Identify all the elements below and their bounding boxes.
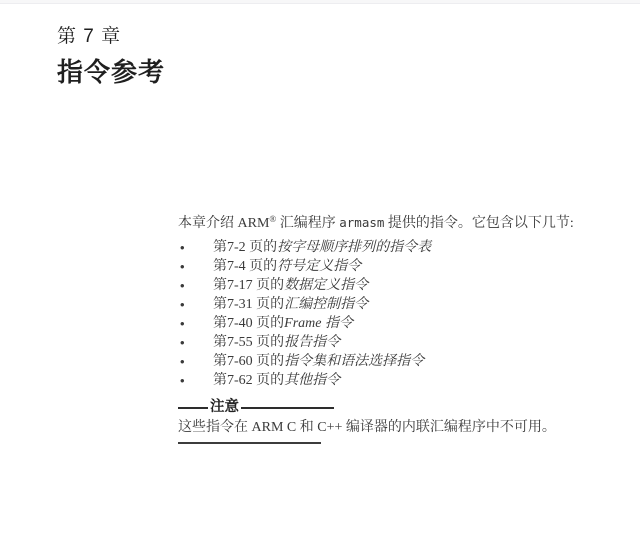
note-rule-right bbox=[241, 407, 334, 409]
list-item: • 第7-2 页的按字母顺序排列的指令表 bbox=[178, 238, 618, 257]
bullet-icon: • bbox=[178, 352, 213, 371]
list-item: • 第7-62 页的其他指令 bbox=[178, 371, 618, 390]
document-page: 第 7 章 指令参考 本章介绍 ARM® 汇编程序 armasm 提供的指令。它… bbox=[0, 0, 640, 539]
list-item: • 第7-40 页的Frame 指令 bbox=[178, 314, 618, 333]
section-title: 符号定义指令 bbox=[277, 259, 361, 274]
intro-tail: 提供的指令。它包含以下几节: bbox=[384, 216, 573, 231]
note-rule-left bbox=[178, 407, 208, 409]
list-item: • 第7-4 页的符号定义指令 bbox=[178, 257, 618, 276]
page-ref: 第7-2 页的 bbox=[213, 240, 277, 255]
bullet-icon: • bbox=[178, 314, 213, 333]
list-item-text: 第7-62 页的其他指令 bbox=[213, 371, 340, 390]
list-item-text: 第7-60 页的指令集和语法选择指令 bbox=[213, 352, 424, 371]
section-title: 报告指令 bbox=[284, 335, 340, 350]
note-block: 注意 这些指令在 ARM C 和 C++ 编译器的内联汇编程序中不可用。 bbox=[178, 400, 618, 444]
page-top-edge bbox=[0, 0, 640, 4]
list-item-text: 第7-2 页的按字母顺序排列的指令表 bbox=[213, 238, 431, 257]
list-item-text: 第7-31 页的汇编控制指令 bbox=[213, 295, 368, 314]
chapter-content: 本章介绍 ARM® 汇编程序 armasm 提供的指令。它包含以下几节: • 第… bbox=[178, 213, 618, 444]
page-ref: 第7-17 页的 bbox=[213, 278, 284, 293]
list-item-text: 第7-4 页的符号定义指令 bbox=[213, 257, 361, 276]
list-item: • 第7-31 页的汇编控制指令 bbox=[178, 295, 618, 314]
bullet-icon: • bbox=[178, 276, 213, 295]
list-item: • 第7-55 页的报告指令 bbox=[178, 333, 618, 352]
note-label: 注意 bbox=[208, 400, 241, 415]
section-title: 汇编控制指令 bbox=[284, 297, 368, 312]
registered-trademark-mark: ® bbox=[269, 214, 276, 224]
chapter-title: 指令参考 bbox=[57, 59, 640, 85]
intro-mid: 汇编程序 bbox=[276, 216, 339, 231]
armasm-code-text: armasm bbox=[339, 215, 384, 230]
bullet-icon: • bbox=[178, 295, 213, 314]
page-ref: 第7-62 页的 bbox=[213, 373, 284, 388]
note-text: 这些指令在 ARM C 和 C++ 编译器的内联汇编程序中不可用。 bbox=[178, 418, 618, 437]
page-ref: 第7-4 页的 bbox=[213, 259, 277, 274]
bullet-icon: • bbox=[178, 333, 213, 352]
note-header: 注意 bbox=[178, 400, 618, 415]
list-item: • 第7-60 页的指令集和语法选择指令 bbox=[178, 352, 618, 371]
page-ref: 第7-40 页的 bbox=[213, 316, 284, 331]
section-list: • 第7-2 页的按字母顺序排列的指令表 • 第7-4 页的符号定义指令 • 第… bbox=[178, 238, 618, 390]
intro-paragraph: 本章介绍 ARM® 汇编程序 armasm 提供的指令。它包含以下几节: bbox=[178, 213, 618, 234]
note-bottom-rule bbox=[178, 442, 321, 444]
section-title: 按字母顺序排列的指令表 bbox=[277, 240, 431, 255]
list-item-text: 第7-40 页的Frame 指令 bbox=[213, 314, 353, 333]
intro-lead: 本章介绍 ARM bbox=[178, 216, 269, 231]
bullet-icon: • bbox=[178, 371, 213, 390]
page-ref: 第7-55 页的 bbox=[213, 335, 284, 350]
section-title: 指令集和语法选择指令 bbox=[284, 354, 424, 369]
bullet-icon: • bbox=[178, 257, 213, 276]
section-title: Frame 指令 bbox=[284, 316, 353, 331]
list-item-text: 第7-55 页的报告指令 bbox=[213, 333, 340, 352]
chapter-number: 第 7 章 bbox=[57, 27, 640, 46]
page-ref: 第7-60 页的 bbox=[213, 354, 284, 369]
bullet-icon: • bbox=[178, 238, 213, 257]
list-item-text: 第7-17 页的数据定义指令 bbox=[213, 276, 368, 295]
section-title: 其他指令 bbox=[284, 373, 340, 388]
section-title: 数据定义指令 bbox=[284, 278, 368, 293]
chapter-header: 第 7 章 指令参考 bbox=[57, 27, 640, 85]
list-item: • 第7-17 页的数据定义指令 bbox=[178, 276, 618, 295]
page-ref: 第7-31 页的 bbox=[213, 297, 284, 312]
